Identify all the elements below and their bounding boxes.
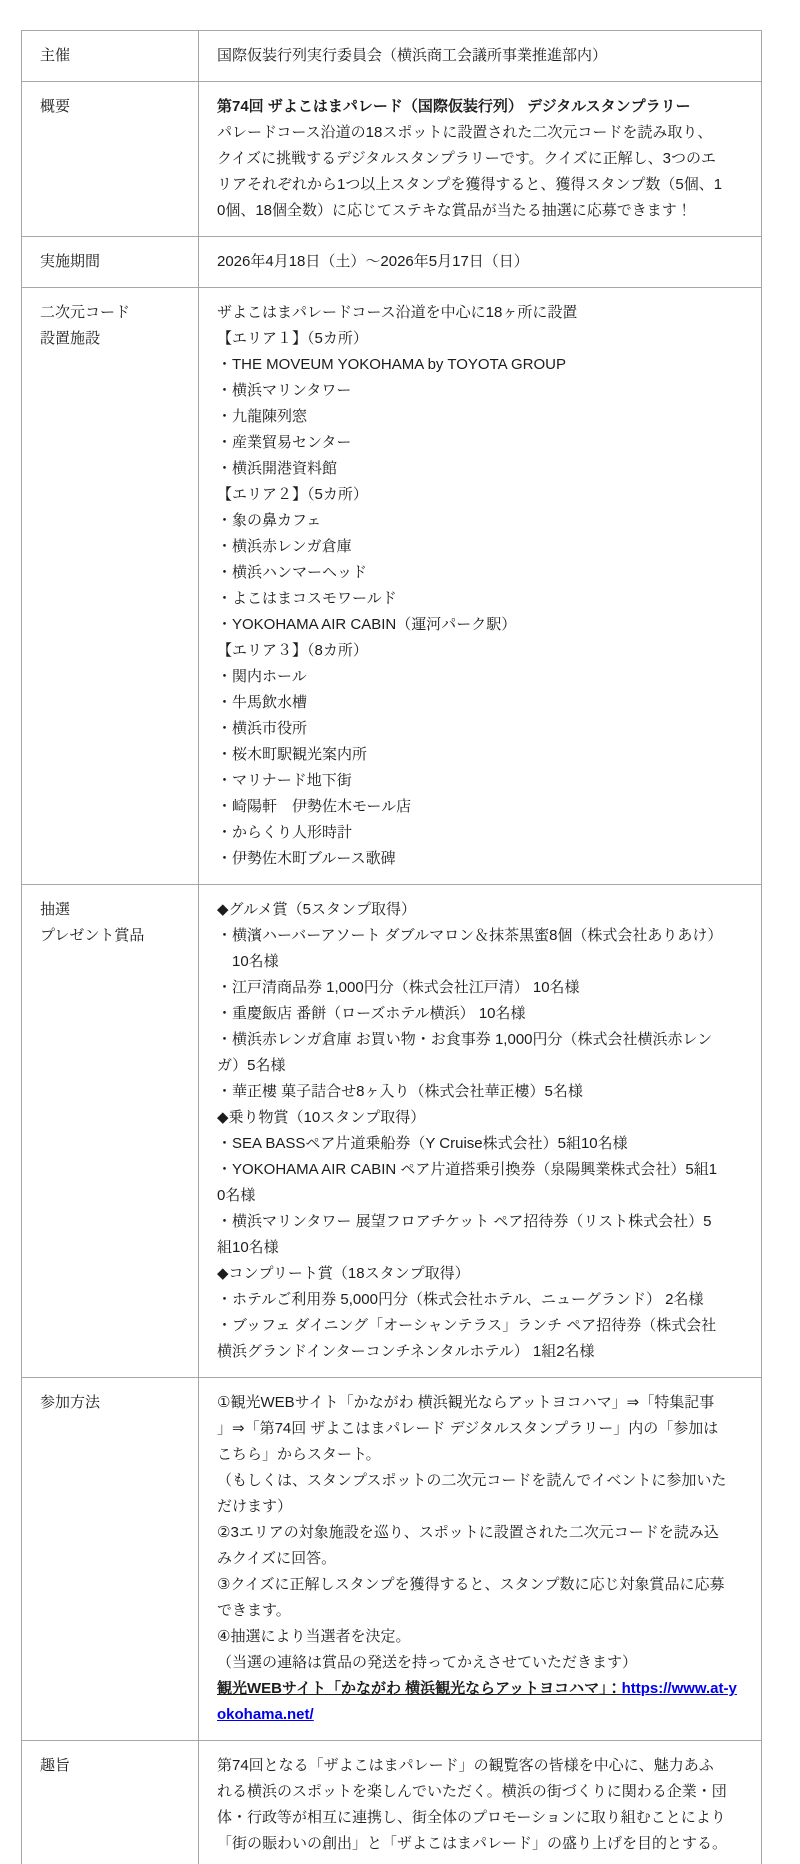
table-row-period: 実施期間2026年4月18日（土）～2026年5月17日（日） (22, 237, 762, 288)
content-line: 」⇒「第74回 ザよこはまパレード デジタルスタンプラリー」内の「参加は (217, 1416, 743, 1442)
content-line: リアそれぞれから1つ以上スタンプを獲得すると、獲得スタンプ数（5個、1 (217, 172, 743, 198)
content-line: ・横浜マリンタワー 展望フロアチケット ペア招待券（リスト株式会社）5 (217, 1209, 743, 1235)
row-label-cell-how-to-participate: 参加方法 (22, 1378, 199, 1741)
content-line: パレードコース沿道の18スポットに設置された二次元コードを読み取り、 (217, 120, 743, 146)
row-label-line: 二次元コード (40, 300, 190, 326)
content-line: ・伊勢佐木町ブルース歌碑 (217, 846, 743, 872)
content-line: クイズに挑戦するデジタルスタンプラリーです。クイズに正解し、3つのエ (217, 146, 743, 172)
row-label-line: 概要 (40, 94, 190, 120)
content-line: ・横濱ハーバーアソート ダブルマロン＆抹茶黒蜜8個（株式会社ありあけ） (217, 923, 743, 949)
row-label-cell-organizer: 主催 (22, 31, 199, 82)
row-label-line: 設置施設 (40, 326, 190, 352)
row-label-cell-period: 実施期間 (22, 237, 199, 288)
content-line: 【エリア２】（5カ所） (217, 482, 743, 508)
content-line: ・からくり人形時計 (217, 820, 743, 846)
content-line: ・華正樓 菓子詰合せ8ヶ入り（株式会社華正樓）5名様 (217, 1079, 743, 1105)
content-line: ・象の鼻カフェ (217, 508, 743, 534)
content-line: 2026年4月18日（土）～2026年5月17日（日） (217, 249, 743, 275)
row-content-cell-lottery-prizes: ◆グルメ賞（5スタンプ取得）・横濱ハーバーアソート ダブルマロン＆抹茶黒蜜8個（… (199, 885, 762, 1378)
website-link-line: 観光WEBサイト「かながわ 横浜観光ならアットヨコハマ」：https://www… (217, 1676, 743, 1728)
content-line: ①観光WEBサイト「かながわ 横浜観光ならアットヨコハマ」⇒「特集記事 (217, 1390, 743, 1416)
content-line: 第74回となる「ザよこはまパレード」の観覧客の皆様を中心に、魅力あふ (217, 1753, 743, 1779)
content-line: （当選の連絡は賞品の発送を持ってかえさせていただきます） (217, 1650, 743, 1676)
content-line: ・SEA BASSペア片道乗船券（Y Cruise株式会社）5組10名様 (217, 1131, 743, 1157)
content-line: ・横浜赤レンガ倉庫 (217, 534, 743, 560)
table-row-purpose: 趣旨第74回となる「ザよこはまパレード」の観覧客の皆様を中心に、魅力あふれる横浜… (22, 1741, 762, 1864)
content-line: ◆グルメ賞（5スタンプ取得） (217, 897, 743, 923)
content-line: ガ）5名様 (217, 1053, 743, 1079)
row-label-line: 主催 (40, 43, 190, 69)
table-row-qr-code-locations: 二次元コード設置施設ザよこはまパレードコース沿道を中心に18ヶ所に設置【エリア１… (22, 288, 762, 885)
content-line: ②3エリアの対象施設を巡り、スポットに設置された二次元コードを読み込 (217, 1520, 743, 1546)
content-line: 国際仮装行列実行委員会（横浜商工会議所事業推進部内） (217, 43, 743, 69)
table-row-organizer: 主催国際仮装行列実行委員会（横浜商工会議所事業推進部内） (22, 31, 762, 82)
content-line: ・江戸清商品券 1,000円分（株式会社江戸清） 10名様 (217, 975, 743, 1001)
content-line: ③クイズに正解しスタンプを獲得すると、スタンプ数に応じ対象賞品に応募 (217, 1572, 743, 1598)
content-line: ・重慶飯店 番餅（ローズホテル横浜） 10名様 (217, 1001, 743, 1027)
content-line: ・関内ホール (217, 664, 743, 690)
row-label-line: 実施期間 (40, 249, 190, 275)
content-line: ・産業貿易センター (217, 430, 743, 456)
content-line: ◆乗り物賞（10スタンプ取得） (217, 1105, 743, 1131)
event-info-document: 主催国際仮装行列実行委員会（横浜商工会議所事業推進部内）概要第74回 ザよこはま… (21, 30, 762, 1864)
content-line: 【エリア３】（8カ所） (217, 638, 743, 664)
content-line: ・横浜ハンマーヘッド (217, 560, 743, 586)
content-line: 0名様 (217, 1183, 743, 1209)
row-content-cell-how-to-participate: ①観光WEBサイト「かながわ 横浜観光ならアットヨコハマ」⇒「特集記事」⇒「第7… (199, 1378, 762, 1741)
info-table-body: 主催国際仮装行列実行委員会（横浜商工会議所事業推進部内）概要第74回 ザよこはま… (22, 31, 762, 1864)
content-line: ◆コンプリート賞（18スタンプ取得） (217, 1261, 743, 1287)
content-line: だけます） (217, 1494, 743, 1520)
content-line: ・ブッフェ ダイニング「オーシャンテラス」ランチ ペア招待券（株式会社 (217, 1313, 743, 1339)
row-content-cell-organizer: 国際仮装行列実行委員会（横浜商工会議所事業推進部内） (199, 31, 762, 82)
content-line: 組10名様 (217, 1235, 743, 1261)
row-content-cell-overview: 第74回 ザよこはまパレード（国際仮装行列） デジタルスタンプラリーパレードコー… (199, 82, 762, 237)
row-label-line: プレゼント賞品 (40, 923, 190, 949)
content-line: ・横浜開港資料館 (217, 456, 743, 482)
content-line: ・YOKOHAMA AIR CABIN ペア片道搭乗引換券（泉陽興業株式会社）5… (217, 1157, 743, 1183)
event-info-table: 主催国際仮装行列実行委員会（横浜商工会議所事業推進部内）概要第74回 ザよこはま… (21, 30, 762, 1864)
content-line: ・よこはまコスモワールド (217, 586, 743, 612)
content-line: ・ホテルご利用券 5,000円分（株式会社ホテル、ニューグランド） 2名様 (217, 1287, 743, 1313)
row-label-cell-lottery-prizes: 抽選プレゼント賞品 (22, 885, 199, 1378)
content-line: ・横浜マリンタワー (217, 378, 743, 404)
content-line: 【エリア１】（5カ所） (217, 326, 743, 352)
row-label-line: 参加方法 (40, 1390, 190, 1416)
content-line: ・崎陽軒 伊勢佐木モール店 (217, 794, 743, 820)
row-label-cell-qr-code-locations: 二次元コード設置施設 (22, 288, 199, 885)
content-line: 「街の賑わいの創出」と「ザよこはまパレード」の盛り上げを目的とする。 (217, 1831, 743, 1857)
table-row-lottery-prizes: 抽選プレゼント賞品◆グルメ賞（5スタンプ取得）・横濱ハーバーアソート ダブルマロ… (22, 885, 762, 1378)
row-label-line: 趣旨 (40, 1753, 190, 1779)
content-line: ・マリナード地下街 (217, 768, 743, 794)
content-line: 10名様 (217, 949, 743, 975)
content-line: 第74回 ザよこはまパレード（国際仮装行列） デジタルスタンプラリー (217, 94, 743, 120)
row-label-cell-purpose: 趣旨 (22, 1741, 199, 1864)
content-line: ・YOKOHAMA AIR CABIN（運河パーク駅） (217, 612, 743, 638)
content-line: ・九龍陳列窓 (217, 404, 743, 430)
content-line: ④抽選により当選者を決定。 (217, 1624, 743, 1650)
row-content-cell-purpose: 第74回となる「ザよこはまパレード」の観覧客の皆様を中心に、魅力あふれる横浜のス… (199, 1741, 762, 1864)
content-line: できます。 (217, 1598, 743, 1624)
content-line: ・THE MOVEUM YOKOHAMA by TOYOTA GROUP (217, 352, 743, 378)
table-row-how-to-participate: 参加方法①観光WEBサイト「かながわ 横浜観光ならアットヨコハマ」⇒「特集記事」… (22, 1378, 762, 1741)
content-line: ・横浜赤レンガ倉庫 お買い物・お食事券 1,000円分（株式会社横浜赤レン (217, 1027, 743, 1053)
table-row-overview: 概要第74回 ザよこはまパレード（国際仮装行列） デジタルスタンプラリーパレード… (22, 82, 762, 237)
row-label-line: 抽選 (40, 897, 190, 923)
content-line: こちら」からスタート。 (217, 1442, 743, 1468)
content-line: ・桜木町駅観光案内所 (217, 742, 743, 768)
row-label-cell-overview: 概要 (22, 82, 199, 237)
content-line: （もしくは、スタンプスポットの二次元コードを読んでイベントに参加いた (217, 1468, 743, 1494)
content-line: れる横浜のスポットを楽しんでいただく。横浜の街づくりに関わる企業・団 (217, 1779, 743, 1805)
content-line: 0個、18個全数）に応じてステキな賞品が当たる抽選に応募できます！ (217, 198, 743, 224)
row-content-cell-period: 2026年4月18日（土）～2026年5月17日（日） (199, 237, 762, 288)
content-line: ・横浜市役所 (217, 716, 743, 742)
row-content-cell-qr-code-locations: ザよこはまパレードコース沿道を中心に18ヶ所に設置【エリア１】（5カ所）・THE… (199, 288, 762, 885)
website-link-label: 観光WEBサイト「かながわ 横浜観光ならアットヨコハマ」： (217, 1680, 622, 1697)
content-line: ・牛馬飲水槽 (217, 690, 743, 716)
content-line: 横浜グランドインターコンチネンタルホテル） 1組2名様 (217, 1339, 743, 1365)
content-line: みクイズに回答。 (217, 1546, 743, 1572)
content-line: ザよこはまパレードコース沿道を中心に18ヶ所に設置 (217, 300, 743, 326)
content-line: 体・行政等が相互に連携し、街全体のプロモーションに取り組むことにより (217, 1805, 743, 1831)
